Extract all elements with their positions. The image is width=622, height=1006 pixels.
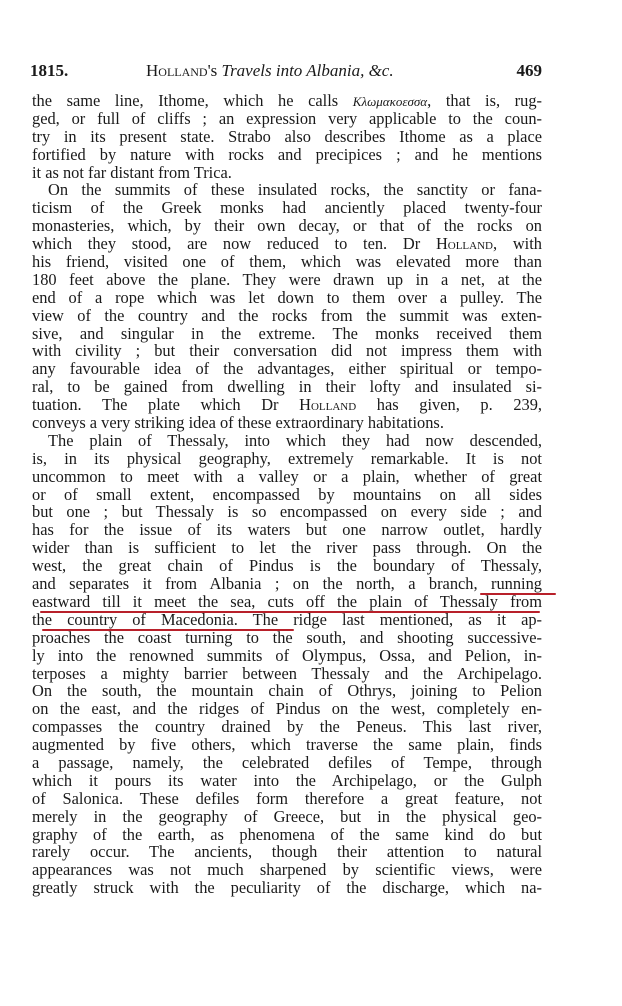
text-line: eastward till it meet the sea, cuts off … [32, 593, 542, 611]
text-line: ly into the renowned summits of Olympus,… [32, 647, 542, 665]
text-line: The plain of Thessaly, into which they h… [32, 432, 542, 450]
text-line: on the east, and the ridges of Pindus on… [32, 700, 542, 718]
text-line: tuation. The plate which Dr Holland has … [32, 396, 542, 414]
body-text: the same line, Ithome, which he calls Κλ… [32, 92, 542, 897]
red-underline-1 [480, 593, 556, 595]
text-line: On the summits of these insulated rocks,… [32, 181, 542, 199]
text-line: ged, or full of cliffs ; an expression v… [32, 110, 542, 128]
text-line: view of the country and the rocks from t… [32, 307, 542, 325]
text-line: his friend, visited one of them, which w… [32, 253, 542, 271]
text-line: merely in the geography of Greece, but i… [32, 808, 542, 826]
text-line: On the south, the mountain chain of Othr… [32, 682, 542, 700]
text-line: with civility ; but their conversation d… [32, 342, 542, 360]
text-line: the same line, Ithome, which he calls Κλ… [32, 92, 542, 110]
text-line: west, the great chain of Pindus is the b… [32, 557, 542, 575]
text-line: sive, and singular in the extreme. The m… [32, 325, 542, 343]
text-line: is, in its physical geography, extremely… [32, 450, 542, 468]
text-line: appearances was not much sharpened by sc… [32, 861, 542, 879]
text-line: wider than is sufficient to let the rive… [32, 539, 542, 557]
red-underline-3 [42, 629, 294, 631]
text-line: try in its present state. Strabo also de… [32, 128, 542, 146]
text-line: ral, to be gained from dwelling in their… [32, 378, 542, 396]
text-line: conveys a very striking idea of these ex… [32, 414, 542, 432]
text-line: but one ; but Thessaly is so encompassed… [32, 503, 542, 521]
text-line: any favourable idea of the advantages, e… [32, 360, 542, 378]
text-line: 180 feet above the plane. They were draw… [32, 271, 542, 289]
text-line: augmented by five others, which traverse… [32, 736, 542, 754]
text-line: rarely occur. The ancients, though their… [32, 843, 542, 861]
running-head: 1815. Holland's Travels into Albania, &c… [30, 60, 542, 82]
text-line: and separates it from Albania ; on the n… [32, 575, 542, 593]
red-underline-2 [40, 611, 540, 613]
text-line: compasses the country drained by the Pen… [32, 718, 542, 736]
text-line: end of a rope which was let down to them… [32, 289, 542, 307]
running-head-title: Holland's Travels into Albania, &c. [146, 60, 394, 82]
text-line: graphy of the earth, as phenomena of the… [32, 826, 542, 844]
greek-word: Κλωμακοεσσα [353, 94, 427, 109]
running-head-year: 1815. [30, 60, 68, 82]
text-line: a passage, namely, the celebrated defile… [32, 754, 542, 772]
text-line: of Salonica. These defiles form therefor… [32, 790, 542, 808]
text-line: greatly struck with the peculiarity of t… [32, 879, 542, 897]
text-line: terposes a mighty barrier between Thessa… [32, 665, 542, 683]
running-head-work: Travels into Albania, &c. [222, 61, 394, 80]
text-line: the country of Macedonia. The ridge last… [32, 611, 542, 629]
text-line: which they stood, are now reduced to ten… [32, 235, 542, 253]
text-line: or of small extent, encompassed by mount… [32, 486, 542, 504]
running-head-author: Holland [146, 61, 208, 80]
book-page: 1815. Holland's Travels into Albania, &c… [0, 0, 622, 1006]
text-line: ticism of the Greek monks had anciently … [32, 199, 542, 217]
page-number: 469 [517, 60, 543, 82]
text-line: which it pours its water into the Archip… [32, 772, 542, 790]
text-line: proaches the coast turning to the south,… [32, 629, 542, 647]
text-line: monasteries, which, by their own decay, … [32, 217, 542, 235]
text-line: has for the issue of its waters but one … [32, 521, 542, 539]
text-line: uncommon to meet with a valley or a plai… [32, 468, 542, 486]
text-line: fortified by nature with rocks and preci… [32, 146, 542, 164]
text-line: it as not far distant from Trica. [32, 164, 542, 182]
